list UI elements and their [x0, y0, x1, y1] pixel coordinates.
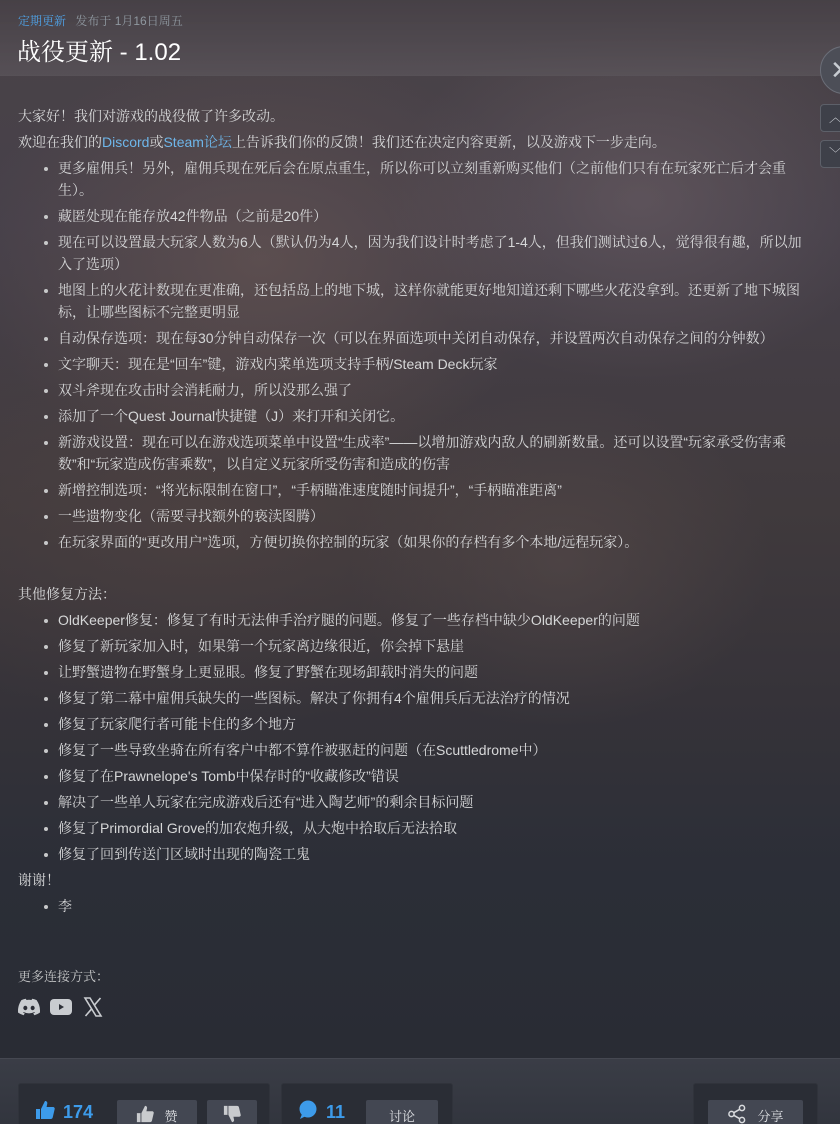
- discussion-count: 11: [326, 1102, 345, 1123]
- like-label: 赞: [164, 1106, 177, 1124]
- thanks-text: 谢谢！: [18, 868, 808, 892]
- changes-list: 更多雇佣兵！另外，雇佣兵现在死后会在原点重生，所以你可以立刻重新购买他们（之前他…: [18, 156, 808, 554]
- list-item: 新游戏设置：现在可以在游戏选项菜单中设置“生成率”——以增加游戏内敌人的刷新数量…: [42, 430, 808, 476]
- youtube-icon[interactable]: [50, 996, 72, 1018]
- feedback-or: 或: [149, 134, 163, 150]
- fixes-heading: 其他修复方法：: [18, 582, 808, 606]
- share-icon: [727, 1104, 747, 1124]
- list-item: 双斗斧现在攻击时会消耗耐力，所以没那么强了: [42, 378, 808, 402]
- spacer: [18, 556, 808, 582]
- steam-forum-link[interactable]: Steam论坛: [163, 134, 231, 150]
- share-button[interactable]: 分享: [708, 1100, 803, 1124]
- chevron-up-icon: ︿: [829, 110, 840, 125]
- list-item: 修复了回到传送门区域时出现的陶瓷工鬼: [42, 842, 808, 866]
- event-body: 大家好！我们对游戏的战役做了许多改动。 欢迎在我们的Discord或Steam论…: [18, 104, 808, 920]
- more-links-label: 更多连接方式：: [18, 966, 109, 985]
- list-item: 解决了一些单人玩家在完成游戏后还有“进入陶艺师”的剩余目标问题: [42, 790, 808, 814]
- list-item: 文字聊天：现在是“回车”键，游戏内菜单选项支持手柄/Steam Deck玩家: [42, 352, 808, 376]
- list-item: 让野蟹遗物在野蟹身上更显眼。修复了野蟹在现场卸载时消失的问题: [42, 660, 808, 684]
- list-item: 修复了玩家爬行者可能卡住的多个地方: [42, 712, 808, 736]
- list-item: 修复了在Prawnelope's Tomb中保存时的“收藏修改”错误: [42, 764, 808, 788]
- fixes-list: OldKeeper修复：修复了有时无法伸手治疗腿的问题。修复了一些存档中缺少Ol…: [18, 608, 808, 866]
- discuss-button[interactable]: 讨论: [366, 1100, 438, 1124]
- list-item: 更多雇佣兵！另外，雇佣兵现在死后会在原点重生，所以你可以立刻重新购买他们（之前他…: [42, 156, 808, 202]
- event-meta: 定期更新 发布于 1月16日周五: [18, 12, 183, 29]
- list-item: 一些遗物变化（需要寻找额外的亵渎图腾）: [42, 504, 808, 528]
- list-item: OldKeeper修复：修复了有时无法伸手治疗腿的问题。修复了一些存档中缺少Ol…: [42, 608, 808, 632]
- like-count: 174: [63, 1102, 93, 1123]
- list-item: 修复了Primordial Grove的加农炮升级，从大炮中拾取后无法拾取: [42, 816, 808, 840]
- social-links: [18, 996, 104, 1018]
- list-item: 修复了第二幕中雇佣兵缺失的一些图标。解决了你拥有4个雇佣兵后无法治疗的情况: [42, 686, 808, 710]
- share-label: 分享: [757, 1106, 783, 1124]
- list-item: 藏匿处现在能存放42件物品（之前是20件）: [42, 204, 808, 228]
- close-icon: ✕: [830, 55, 840, 86]
- list-item: 自动保存选项：现在每30分钟自动保存一次（可以在界面选项中关闭自动保存，并设置两…: [42, 326, 808, 350]
- category-tag[interactable]: 定期更新: [18, 14, 66, 28]
- dislike-button[interactable]: [207, 1100, 257, 1124]
- previous-event-button[interactable]: ︿: [820, 104, 840, 132]
- greeting-text: 大家好！我们对游戏的战役做了许多改动。: [18, 104, 808, 128]
- rating-count: 174: [35, 1100, 93, 1124]
- speech-bubble-icon: [298, 1100, 318, 1124]
- list-item: 修复了新玩家加入时，如果第一个玩家离边缘很近，你会掉下悬崖: [42, 634, 808, 658]
- event-header: 定期更新 发布于 1月16日周五 战役更新 - 1.02: [0, 0, 840, 76]
- feedback-suffix: 上告诉我们你的反馈！我们还在决定内容更新，以及游戏下一步走向。: [232, 134, 666, 150]
- list-item: 修复了一些导致坐骑在所有客户中都不算作被驱赶的问题（在Scuttledrome中…: [42, 738, 808, 762]
- page-title: 战役更新 - 1.02: [17, 32, 181, 67]
- feedback-text: 欢迎在我们的Discord或Steam论坛上告诉我们你的反馈！我们还在决定内容更…: [18, 130, 808, 154]
- discussion-card: 11 讨论: [281, 1083, 453, 1124]
- discord-icon[interactable]: [18, 996, 40, 1018]
- x-icon[interactable]: [82, 996, 104, 1018]
- like-button[interactable]: 赞: [117, 1100, 197, 1124]
- comment-count: 11: [298, 1100, 345, 1124]
- chevron-down-icon: ﹀: [829, 146, 840, 161]
- publish-date: 发布于 1月16日周五: [75, 14, 182, 28]
- thumbs-down-icon: [223, 1105, 241, 1124]
- feedback-prefix: 欢迎在我们的: [18, 134, 102, 150]
- next-event-button[interactable]: ﹀: [820, 140, 840, 168]
- list-item: 添加了一个Quest Journal快捷键（J）来打开和关闭它。: [42, 404, 808, 428]
- list-item: 新增控制选项：“将光标限制在窗口”，“手柄瞄准速度随时间提升”，“手柄瞄准距离”: [42, 478, 808, 502]
- rating-card: 174 赞: [18, 1083, 270, 1124]
- thumbs-up-icon: [136, 1105, 154, 1124]
- signature-list: 李: [18, 894, 808, 918]
- signature-item: 李: [42, 894, 808, 918]
- share-card: 分享: [693, 1083, 818, 1124]
- list-item: 现在可以设置最大玩家人数为6人（默认仍为4人，因为我们设计时考虑了1-4人，但我…: [42, 230, 808, 276]
- list-item: 在玩家界面的“更改用户”选项，方便切换你控制的玩家（如果你的存档有多个本地/远程…: [42, 530, 808, 554]
- list-item: 地图上的火花计数现在更准确，还包括岛上的地下城，这样你就能更好地知道还剩下哪些火…: [42, 278, 808, 324]
- discord-link[interactable]: Discord: [102, 134, 149, 150]
- discuss-label: 讨论: [389, 1106, 415, 1124]
- thumbs-up-icon: [35, 1100, 55, 1124]
